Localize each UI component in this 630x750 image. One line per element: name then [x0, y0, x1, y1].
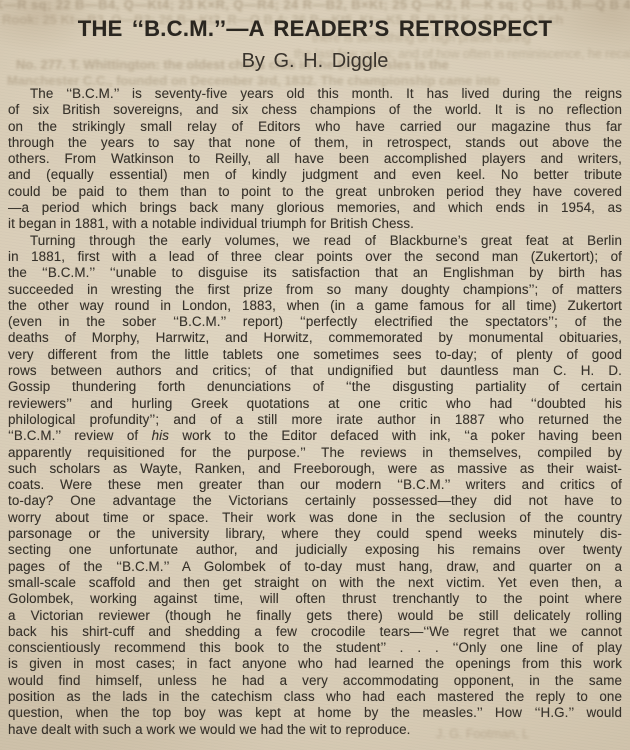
text-line: could be paid to them than to point to t…	[8, 184, 622, 200]
text-line: worry about time or space. Their work wa…	[8, 510, 622, 526]
text-line: reviewers’’ and hurling Greek quotations…	[8, 396, 622, 412]
text-line: —a period which brings back many gloriou…	[8, 200, 622, 216]
text-line: Golombek, working against time, will oft…	[8, 591, 622, 607]
text-line: apparently requisitioned for the purpose…	[8, 445, 622, 461]
text-line: and (equally essential) men of kindly ju…	[8, 167, 622, 183]
text-line: conscientiously recommend this book to t…	[8, 640, 622, 656]
text-line: such scholars as Wayte, Ranken, and Free…	[8, 461, 622, 477]
text-line: succeeded in wresting the first prize fr…	[8, 282, 622, 298]
text-line: secting one unfortunate author, and judi…	[8, 542, 622, 558]
text-line: philological profundity’’; and of a stil…	[8, 412, 622, 428]
text-line: is given in most cases; in fact anyone w…	[8, 656, 622, 672]
bleed-line-top-1: K—R sq; 22 B—B4, Q—Kt4; 23 K×R, Q—R4; 24…	[0, 0, 630, 12]
scanned-magazine-page: K—R sq; 22 B—B4, Q—Kt4; 23 K×R, Q—R4; 24…	[0, 0, 630, 750]
text-line: Turning through the early volumes, we re…	[8, 233, 622, 249]
text-line: ‘‘B.C.M.’’ review of his work to the Edi…	[8, 428, 622, 444]
text-line: coats. Were these men greater than our m…	[8, 477, 622, 493]
text-line: back his shirt-cuff and shedding a few c…	[8, 624, 622, 640]
text-line: The ‘‘B.C.M.’’ is seventy-five years old…	[8, 86, 622, 102]
text-line: parsonage or the university library, whe…	[8, 526, 622, 542]
text-line: small-scale scaffold and then get straig…	[8, 575, 622, 591]
text-line: the ‘‘B.C.M.’’ ‘‘unable to disguise its …	[8, 265, 622, 281]
text-line: (even in the sober ‘‘B.C.M.’’ report) ‘‘…	[8, 314, 622, 330]
text-line: position as the lads in the catechism cl…	[8, 689, 622, 705]
text-line: in 1881, first with a lead of three clea…	[8, 249, 622, 265]
text-line: question, when the top boy was kept at h…	[8, 705, 622, 721]
text-line: it began in 1881, with a notable individ…	[8, 216, 622, 232]
article-body: The ‘‘B.C.M.’’ is seventy-five years old…	[8, 86, 622, 738]
text-line: to-day? One advantage the Victorians cer…	[8, 493, 622, 509]
text-line: on the strikingly small relay of Editors…	[8, 119, 622, 135]
text-line: of six British sovereigns, and six chess…	[8, 102, 622, 118]
text-line: very different from the little tablets o…	[8, 347, 622, 363]
text-line: pages of the ‘‘B.C.M.’’ A Golombek of to…	[8, 559, 622, 575]
text-line: others. From Watkinson to Reilly, all ha…	[8, 151, 622, 167]
text-line: would find himself, unless he had a very…	[8, 673, 622, 689]
text-line: rows between authors and critics; of tha…	[8, 363, 622, 379]
article-title: THE ‘‘B.C.M.’’—A READER’S RETROSPECT	[6, 16, 624, 42]
text-line: deaths of Morphy, Harrwitz, and Horwitz,…	[8, 330, 622, 346]
article: THE ‘‘B.C.M.’’—A READER’S RETROSPECT By …	[0, 16, 630, 738]
article-byline: By G. H. Diggle	[0, 50, 630, 73]
text-line: have dealt with such a work we would we …	[8, 722, 622, 738]
text-line: the other way round in London, 1883, whe…	[8, 298, 622, 314]
text-line: through the years to say that none of th…	[8, 135, 622, 151]
text-line: Gossip thundering forth denunciations of…	[8, 379, 622, 395]
text-line: a Victorian reviewer (though he finally …	[8, 608, 622, 624]
